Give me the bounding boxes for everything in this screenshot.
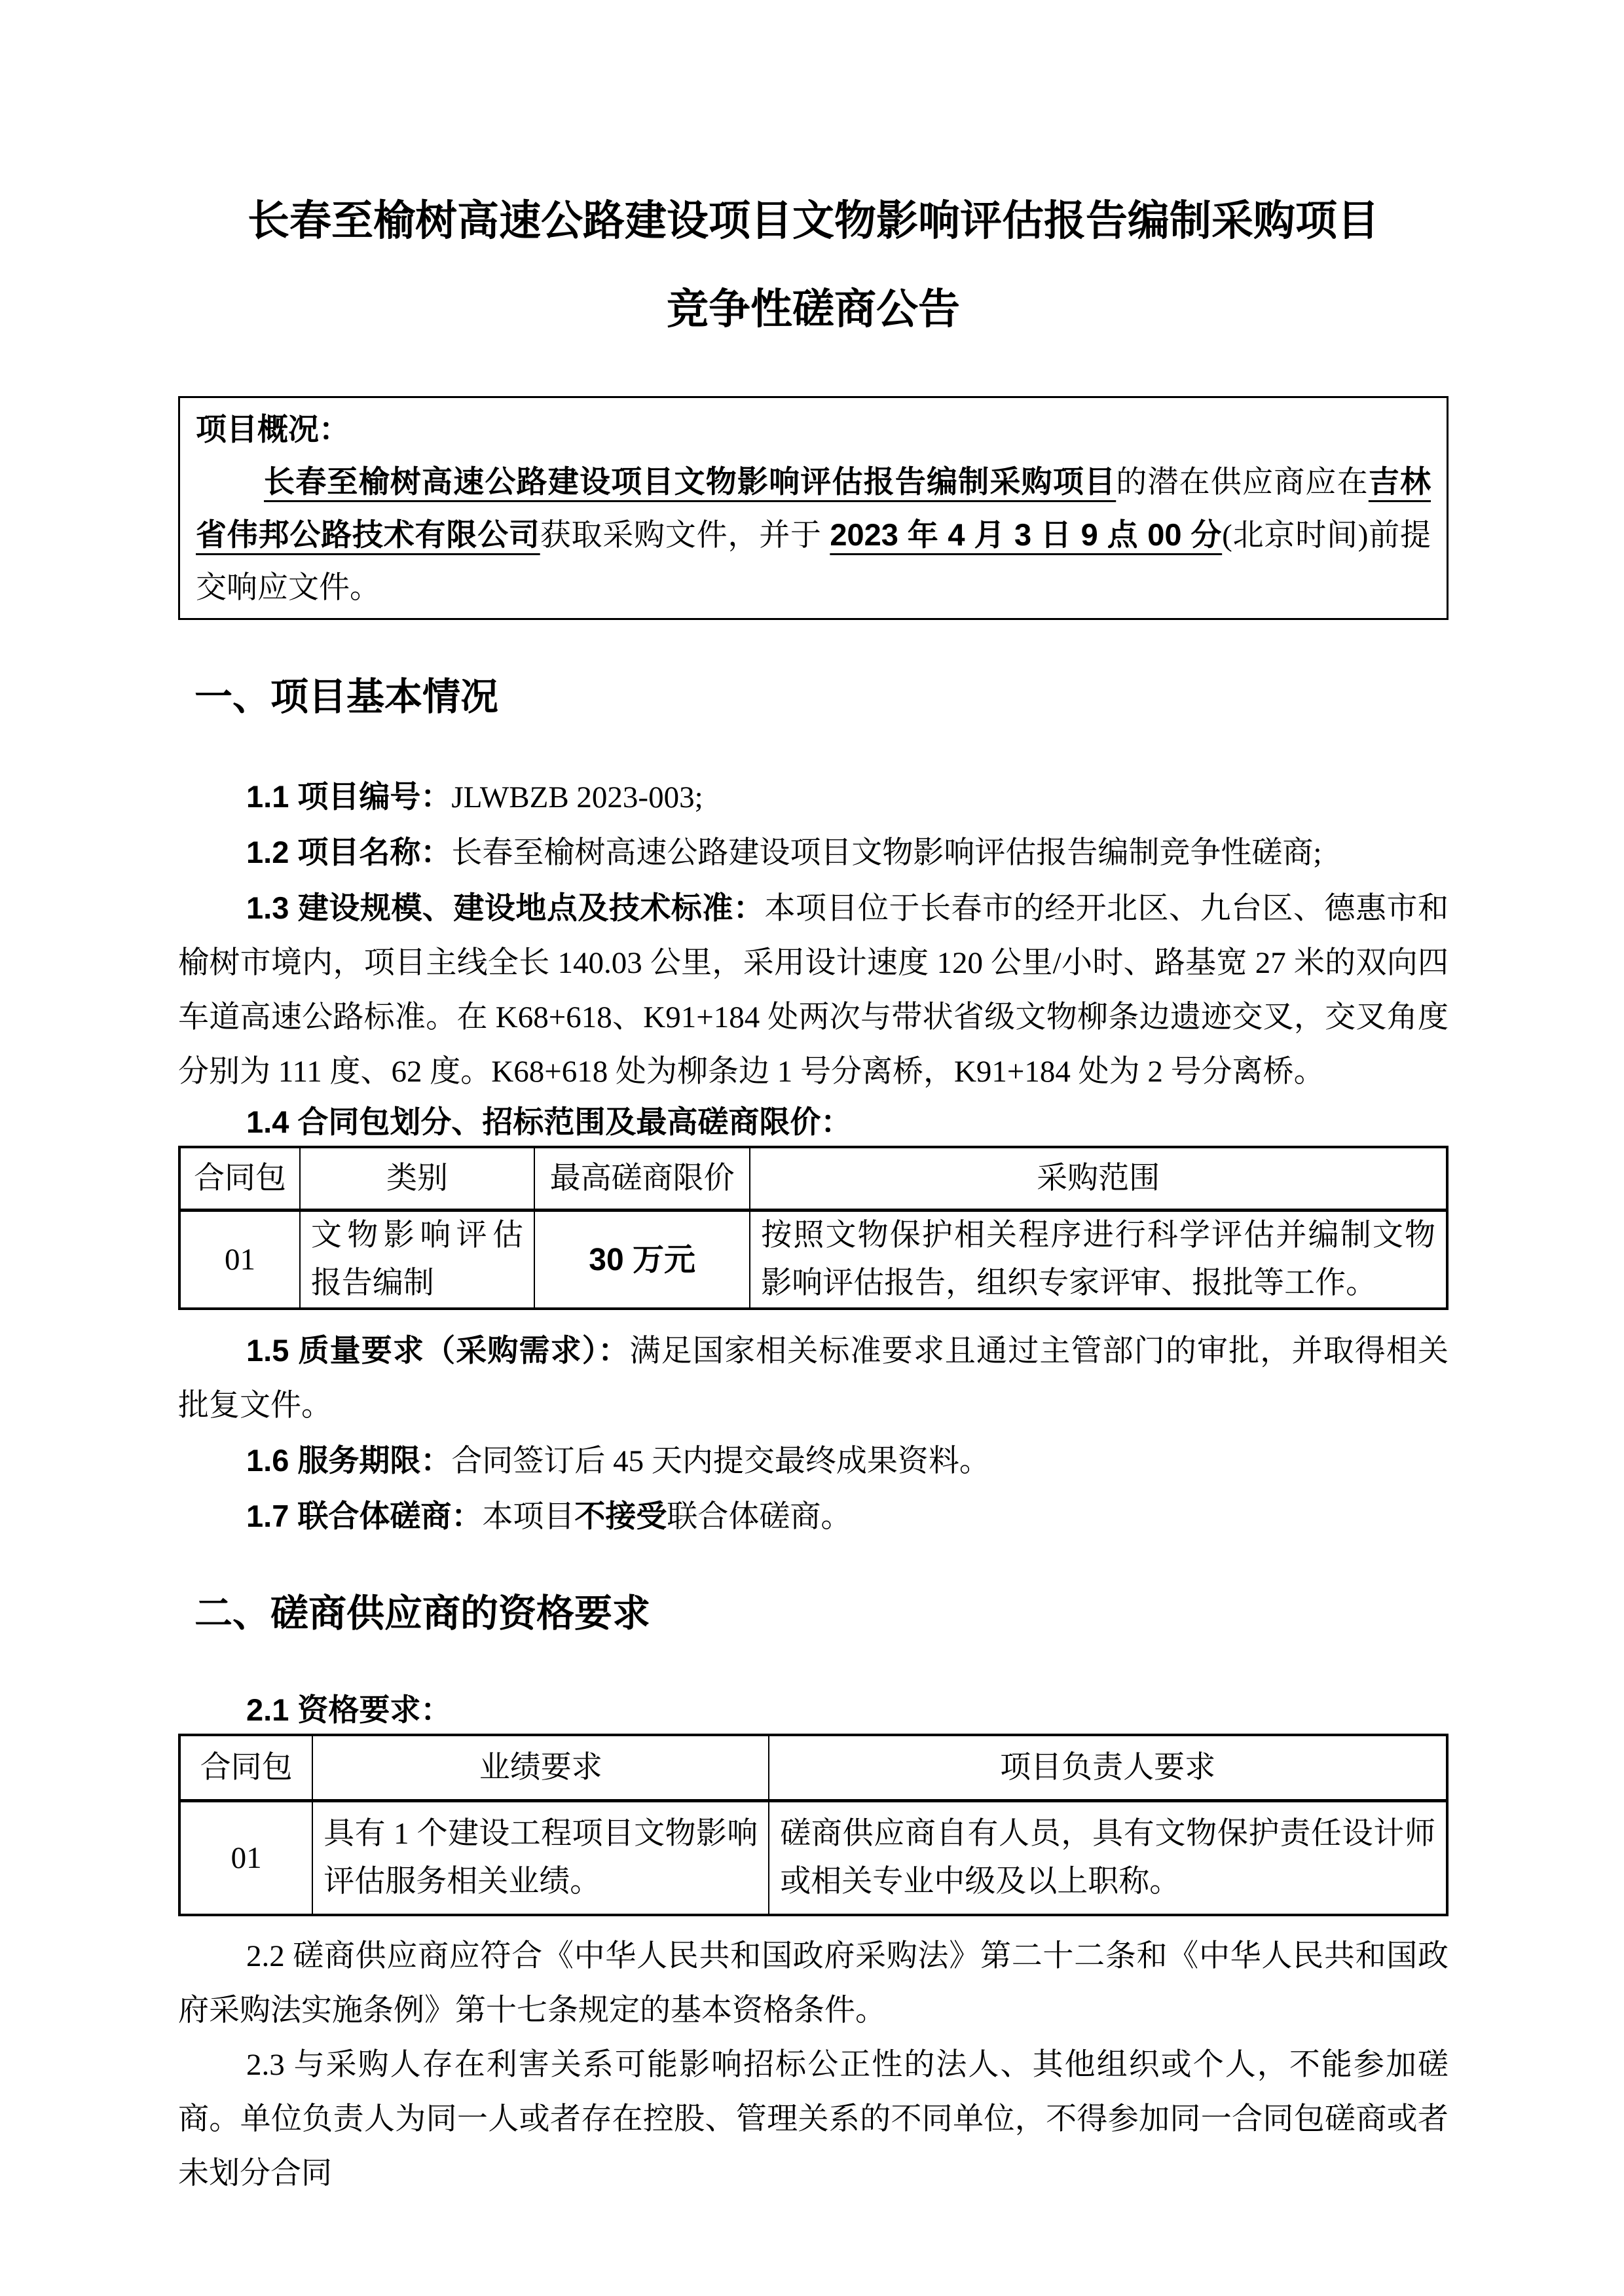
table1-cell-max-price: 30 万元	[534, 1211, 750, 1309]
table2-cell-package-id: 01	[179, 1801, 312, 1916]
project-overview-box: 项目概况： 长春至榆树高速公路建设项目文物影响评估报告编制采购项目的潜在供应商应…	[178, 396, 1449, 620]
paragraph-1-1-project-number: 1.1 项目编号：JLWBZB 2023-003;	[178, 769, 1449, 825]
table1-header-scope: 采购范围	[750, 1147, 1447, 1211]
text-segment: 1.1 项目编号：	[246, 779, 451, 814]
text-segment: 1.3 建设规模、建设地点及技术标准：	[246, 890, 764, 925]
text-segment: 不接受	[574, 1499, 667, 1533]
text-segment: 长春至榆树高速公路建设项目文物影响评估报告编制采购项目	[264, 464, 1116, 499]
table1-cell-category: 文物影响评估报告编制	[300, 1211, 534, 1309]
contract-package-price-table: 合同包 类别 最高磋商限价 采购范围 01 文物影响评估报告编制 30 万元 按…	[178, 1146, 1449, 1310]
text-segment: 长春至榆树高速公路建设项目文物影响评估报告编制竞争性磋商;	[451, 836, 1321, 870]
table2-cell-performance: 具有 1 个建设工程项目文物影响评估服务相关业绩。	[312, 1801, 769, 1916]
table1-header-max-price: 最高磋商限价	[534, 1147, 750, 1211]
overview-paragraph: 长春至榆树高速公路建设项目文物影响评估报告编制采购项目的潜在供应商应在吉林省伟邦…	[196, 456, 1431, 614]
table2-cell-project-manager: 磋商供应商自有人员，具有文物保护责任设计师或相关专业中级及以上职称。	[769, 1801, 1447, 1916]
paragraph-1-5-quality-requirement: 1.5 质量要求（采购需求）：满足国家相关标准要求且通过主管部门的审批，并取得相…	[178, 1323, 1449, 1433]
text-segment: 联合体磋商。	[667, 1500, 851, 1534]
text-segment: 2.3 与采购人存在利害关系可能影响招标公正性的法人、其他组织或个人，不能参加磋…	[178, 2048, 1449, 2191]
text-segment: 1.5 质量要求（采购需求）：	[246, 1333, 630, 1368]
text-segment: 1.6 服务期限：	[246, 1443, 451, 1478]
paragraph-1-7-consortium: 1.7 联合体磋商：本项目不接受联合体磋商。	[178, 1489, 1449, 1544]
document-title-line1: 长春至榆树高速公路建设项目文物影响评估报告编制采购项目	[178, 194, 1449, 247]
paragraph-2-3-conflict-of-interest: 2.3 与采购人存在利害关系可能影响招标公正性的法人、其他组织或个人，不能参加磋…	[178, 2038, 1449, 2201]
table1-cell-package-id: 01	[179, 1211, 300, 1309]
text-segment: 2.1 资格要求：	[246, 1692, 451, 1727]
text-segment: 1.7 联合体磋商：	[246, 1499, 482, 1533]
section1-heading: 一、项目基本情况	[178, 671, 1449, 723]
paragraph-2-2-legal-qualification: 2.2 磋商供应商应符合《中华人民共和国政府采购法》第二十二条和《中华人民共和国…	[178, 1929, 1449, 2038]
text-segment: 的潜在供应商应在	[1116, 465, 1369, 500]
table1-data-row: 01 文物影响评估报告编制 30 万元 按照文物保护相关程序进行科学评估并编制文…	[179, 1211, 1447, 1309]
document-title-line2: 竞争性磋商公告	[178, 283, 1449, 335]
text-segment: 2023 年 4 月 3 日 9 点 00 分	[830, 517, 1222, 552]
text-segment: 获取采购文件，并于	[540, 519, 830, 553]
document-content: 长春至榆树高速公路建设项目文物影响评估报告编制采购项目 竞争性磋商公告 项目概况…	[178, 0, 1449, 2201]
text-segment: 本项目	[482, 1500, 574, 1534]
table1-header-category: 类别	[300, 1147, 534, 1211]
table1-header-package: 合同包	[179, 1147, 300, 1211]
text-segment: 1.2 项目名称：	[246, 835, 451, 869]
paragraph-1-2-project-name: 1.2 项目名称：长春至榆树高速公路建设项目文物影响评估报告编制竞争性磋商;	[178, 825, 1449, 881]
paragraph-1-3-scale-location-standard: 1.3 建设规模、建设地点及技术标准：本项目位于长春市的经开北区、九台区、德惠市…	[178, 881, 1449, 1099]
qualification-requirements-table: 合同包 业绩要求 项目负责人要求 01 具有 1 个建设工程项目文物影响评估服务…	[178, 1734, 1449, 1916]
table1-cell-scope: 按照文物保护相关程序进行科学评估并编制文物影响评估报告，组织专家评审、报批等工作…	[750, 1211, 1447, 1309]
table1-header-row: 合同包 类别 最高磋商限价 采购范围	[179, 1147, 1447, 1211]
document-page: 长春至榆树高速公路建设项目文物影响评估报告编制采购项目 竞争性磋商公告 项目概况…	[0, 0, 1624, 2296]
overview-label: 项目概况：	[196, 403, 1431, 456]
table2-header-performance: 业绩要求	[312, 1735, 769, 1801]
text-segment: 1.4 合同包划分、招标范围及最高磋商限价：	[246, 1104, 851, 1139]
table2-header-row: 合同包 业绩要求 项目负责人要求	[179, 1735, 1447, 1801]
text-segment: 合同签订后 45 天内提交最终成果资料。	[451, 1444, 990, 1478]
paragraph-1-4-package-heading: 1.4 合同包划分、招标范围及最高磋商限价：	[178, 1099, 1449, 1146]
section2-heading: 二、磋商供应商的资格要求	[178, 1588, 1449, 1640]
table2-header-package: 合同包	[179, 1735, 312, 1801]
table2-data-row: 01 具有 1 个建设工程项目文物影响评估服务相关业绩。 磋商供应商自有人员，具…	[179, 1801, 1447, 1916]
table2-header-project-manager: 项目负责人要求	[769, 1735, 1447, 1801]
text-segment: JLWBZB 2023-003;	[451, 780, 703, 814]
paragraph-1-6-service-period: 1.6 服务期限：合同签订后 45 天内提交最终成果资料。	[178, 1433, 1449, 1489]
text-segment: 2.2 磋商供应商应符合《中华人民共和国政府采购法》第二十二条和《中华人民共和国…	[178, 1939, 1449, 2028]
paragraph-2-1-qualification-heading: 2.1 资格要求：	[178, 1687, 1449, 1734]
